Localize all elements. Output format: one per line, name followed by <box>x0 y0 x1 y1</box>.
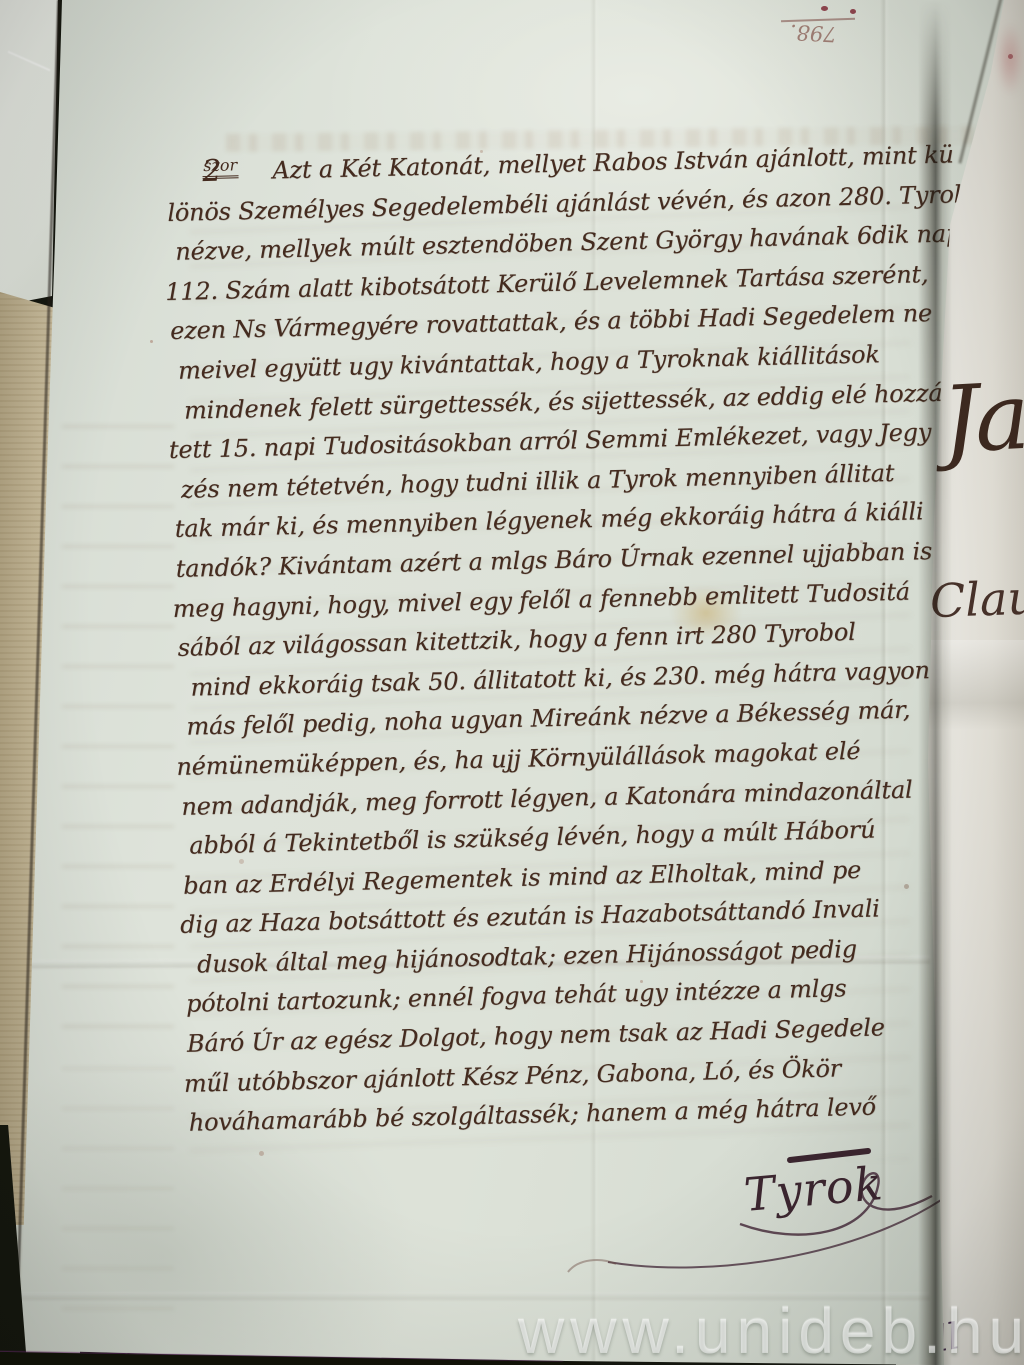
manuscript-text: 2szor Azt a Két Katonát, mellyet Rabos I… <box>166 136 970 1164</box>
archive-photo: Ja Claudi Ill 2szor Azt a Két Katonát, m… <box>0 0 1024 1365</box>
website-watermark: www.unideb.hu <box>518 1294 1024 1365</box>
ink-showthrough <box>62 418 174 1028</box>
inverted-folio-number: 798. <box>789 21 837 44</box>
red-smudge <box>996 22 1024 96</box>
manuscript-page: 2szor Azt a Két Katonát, mellyet Rabos I… <box>0 0 1024 1365</box>
page-gap-shadow <box>918 0 952 1365</box>
red-ink-dot <box>821 6 828 11</box>
paper-crease <box>8 51 51 72</box>
pencil-mark <box>566 1256 626 1278</box>
ink-showthrough <box>62 1030 174 1310</box>
paper-specks <box>150 340 153 343</box>
manuscript-lines: Azt a Két Katonát, mellyet Rabos István … <box>166 136 969 1144</box>
adjacent-page-initial: Ja <box>940 369 1024 467</box>
red-ink-dot <box>850 9 856 14</box>
catchword-signature: Tyrok <box>742 1160 885 1218</box>
